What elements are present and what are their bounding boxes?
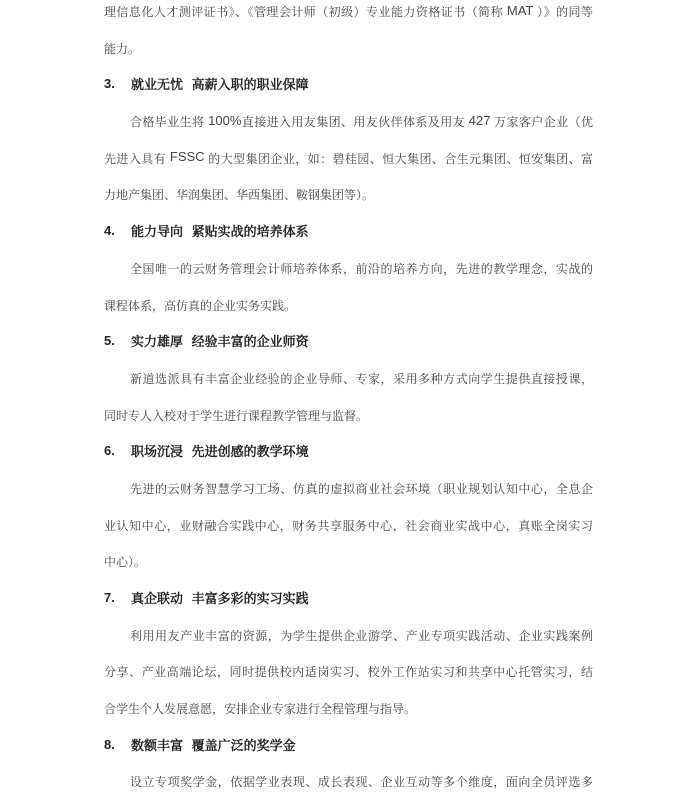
heading-title: 真企联动 丰富多彩的实习实践	[131, 591, 309, 606]
text-line: 先进入具有 FSSC 的大型集团企业，如：碧桂园、恒大集团、合生元集团、恒安集团…	[104, 141, 593, 178]
section-heading: 5.实力雄厚 经验丰富的企业师资	[104, 324, 593, 361]
heading-title: 就业无忧 高薪入职的职业保障	[131, 77, 309, 92]
section-heading: 7.真企联动 丰富多彩的实习实践	[104, 581, 593, 618]
heading-title: 实力雄厚 经验丰富的企业师资	[131, 334, 309, 349]
text-line: 业认知中心，业财融合实践中心，财务共享服务中心，社会商业实战中心，真账全岗实习	[104, 508, 593, 545]
text-line: 力地产集团、华润集团、华西集团、鞍钢集团等）。	[104, 177, 593, 214]
latin-text: FSSC	[170, 149, 205, 164]
latin-text: 100%	[208, 113, 241, 128]
document-page: 理信息化人才测评证书》、《管理会计师（初级）专业能力资格证书（简称 MAT ）》…	[0, 0, 700, 797]
text-line: 利用用友产业丰富的资源，为学生提供企业游学、产业专项实践活动、企业实践案例	[104, 618, 593, 655]
text-line: 课程体系，高仿真的企业实务实践。	[104, 288, 593, 325]
text-line: 全国唯一的云财务管理会计师培养体系，前沿的培养方向，先进的教学理念，实战的	[104, 251, 593, 288]
text-line: 新道选派具有丰富企业经验的企业导师、专家，采用多种方式向学生提供直接授课，	[104, 361, 593, 398]
text-line: 理信息化人才测评证书》、《管理会计师（初级）专业能力资格证书（简称 MAT ）》…	[104, 0, 593, 31]
latin-text: MAT	[507, 3, 533, 18]
heading-number: 5.	[104, 324, 131, 360]
heading-title: 数额丰富 覆盖广泛的奖学金	[131, 738, 296, 753]
heading-number: 4.	[104, 214, 131, 250]
section-heading: 3.就业无忧 高薪入职的职业保障	[104, 67, 593, 104]
section-heading: 8.数额丰富 覆盖广泛的奖学金	[104, 728, 593, 765]
heading-title: 职场沉浸 先进创感的教学环境	[131, 444, 309, 459]
text-line: 分享、产业高端论坛，同时提供校内适岗实习、校外工作站实习和共享中心托管实习，结	[104, 654, 593, 691]
section-heading: 6.职场沉浸 先进创感的教学环境	[104, 434, 593, 471]
text-line: 中心）。	[104, 544, 593, 581]
heading-number: 3.	[104, 67, 131, 103]
text-line: 同时专人入校对于学生进行课程教学管理与监督。	[104, 398, 593, 435]
text-line: 合学生个人发展意愿，安排企业专家进行全程管理与指导。	[104, 691, 593, 728]
heading-number: 6.	[104, 434, 131, 470]
text-line: 先进的云财务智慧学习工场、仿真的虚拟商业社会环境（职业规划认知中心，全息企	[104, 471, 593, 508]
section-heading: 4.能力导向 紧贴实战的培养体系	[104, 214, 593, 251]
heading-title: 能力导向 紧贴实战的培养体系	[131, 224, 309, 239]
heading-number: 8.	[104, 728, 131, 764]
text-line: 合格毕业生将 100%直接进入用友集团、用友伙伴体系及用友 427 万家客户企业…	[104, 104, 593, 141]
latin-text: 427	[469, 113, 491, 128]
document-content: 理信息化人才测评证书》、《管理会计师（初级）专业能力资格证书（简称 MAT ）》…	[104, 0, 593, 797]
heading-number: 7.	[104, 581, 131, 617]
text-line: 能力。	[104, 31, 593, 68]
text-line: 设立专项奖学金，依据学业表现、成长表现、企业互动等多个维度，面向全员评选多	[104, 764, 593, 797]
